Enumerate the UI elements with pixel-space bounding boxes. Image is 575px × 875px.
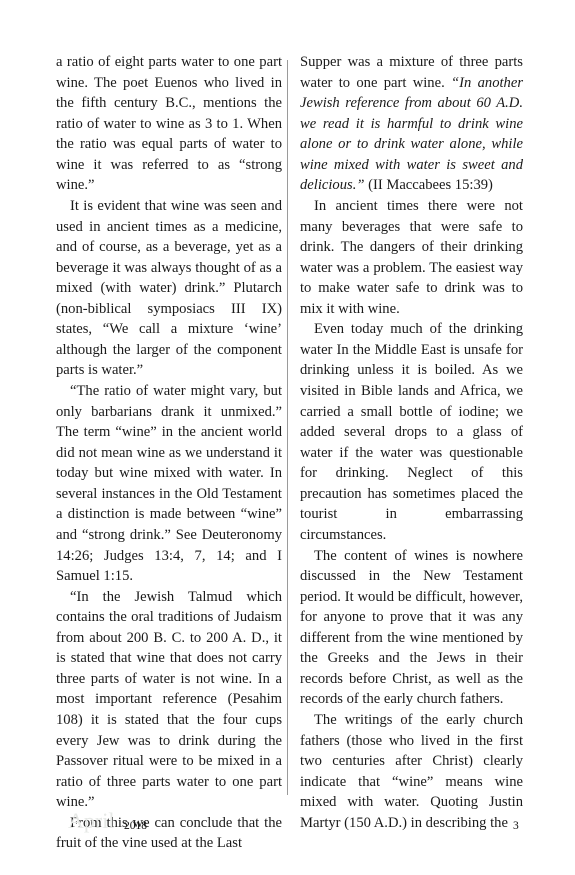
- paragraph: The writings of the early church fathers…: [300, 710, 523, 833]
- page-number: 3: [513, 820, 519, 832]
- document-page: a ratio of eight parts water to one part…: [0, 0, 575, 875]
- paragraph: “The ratio of water might vary, but only…: [56, 381, 282, 587]
- footer-year: 2018: [124, 820, 147, 832]
- citation: (II Maccabees 15:39): [364, 177, 492, 193]
- left-column: a ratio of eight parts water to one part…: [56, 52, 282, 854]
- column-divider: [287, 60, 288, 795]
- paragraph: Even today much of the drinking water In…: [300, 319, 523, 545]
- paragraph: It is evident that wine was seen and use…: [56, 196, 282, 381]
- italic-quote: “In another Jewish reference from about …: [300, 75, 523, 194]
- paragraph: a ratio of eight parts water to one part…: [56, 52, 282, 196]
- paragraph: “In the Jewish Talmud which contains the…: [56, 587, 282, 813]
- paragraph: The content of wines is nowhere discusse…: [300, 546, 523, 711]
- right-column: Supper was a mixture of three parts wate…: [300, 52, 523, 833]
- paragraph: In ancient times there were not many bev…: [300, 196, 523, 319]
- paragraph: Supper was a mixture of three parts wate…: [300, 52, 523, 196]
- footer-month: April: [68, 808, 114, 834]
